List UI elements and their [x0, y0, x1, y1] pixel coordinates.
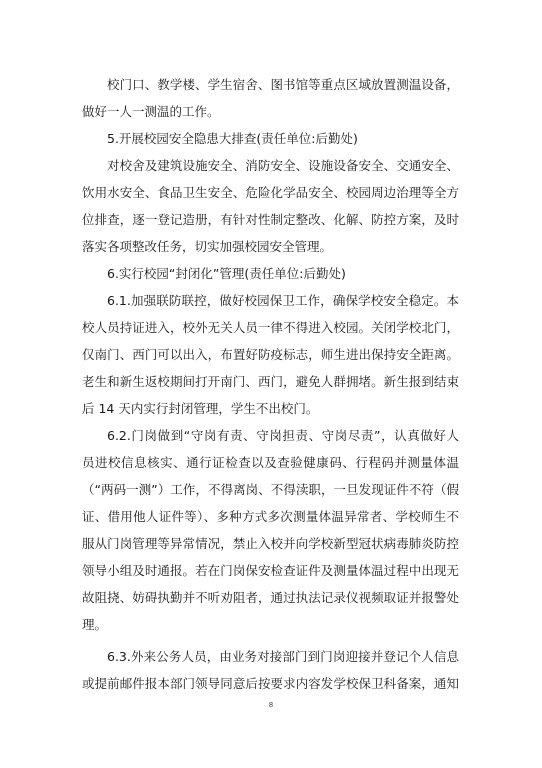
section-heading-6: 6.实行校园“封闭化”管理(责任单位:后勤处)	[107, 264, 459, 284]
paragraph-line: 老生和新生返校期间打开南门、西门，避免人群拥堵。新生报到结束	[82, 372, 459, 392]
paragraph-line: 理。	[82, 615, 459, 635]
page-number: 8	[262, 701, 280, 709]
paragraph-line: 后 14 天内实行封闭管理，学生不出校门。	[82, 399, 459, 419]
paragraph-line: 位排查，逐一登记造册，有针对性制定整改、化解、防控方案，及时	[82, 210, 459, 230]
paragraph-line: 领导小组及时通报。若在门岗保安检查证件及测量体温过程中出现无	[82, 561, 459, 581]
paragraph-line: 故阻挠、妨碍执勤并不听劝阻者，通过执法记录仪视频取证并报警处	[82, 588, 459, 608]
paragraph-line: 落实各项整改任务，切实加强校园安全管理。	[82, 237, 459, 257]
paragraph-line: 校门口、教学楼、学生宿舍、图书馆等重点区域放置测温设备，	[107, 75, 459, 95]
paragraph-line: 证、借用他人证件等）、多种方式多次测量体温异常者、学校师生不	[82, 507, 459, 527]
paragraph-line: 校人员持证进入，校外无关人员一律不得进入校园。关闭学校北门，	[82, 318, 459, 338]
document-page: 校门口、教学楼、学生宿舍、图书馆等重点区域放置测温设备， 做好一人一测温的工作。…	[0, 0, 542, 768]
section-heading-5: 5.开展校园安全隐患大排查(责任单位:后勤处)	[107, 129, 459, 149]
paragraph-line: （“两码一测”）工作，不得离岗、不得渎职，一旦发现证件不符（假	[82, 480, 459, 500]
paragraph-line: 做好一人一测温的工作。	[82, 102, 459, 122]
paragraph-line: 6.3.外来公务人员，由业务对接部门到门岗迎接并登记个人信息	[107, 647, 459, 667]
paragraph-line: 仅南门、西门可以出入，布置好防疫标志，师生进出保持安全距离。	[82, 345, 459, 365]
paragraph-line: 对校舍及建筑设施安全、消防安全、设施设备安全、交通安全、	[107, 156, 459, 176]
paragraph-line: 或提前邮件报本部门领导同意后按要求内容发学校保卫科备案，通知	[82, 674, 459, 694]
paragraph-line: 服从门岗管理等异常情况，禁止入校并向学校新型冠状病毒肺炎防控	[82, 534, 459, 554]
paragraph-line: 员进校信息核实、通行证检查以及查验健康码、行程码并测量体温	[82, 453, 459, 473]
paragraph-line: 6.1.加强联防联控，做好校园保卫工作，确保学校安全稳定。本	[107, 291, 459, 311]
paragraph-line: 饮用水安全、食品卫生安全、危险化学品安全、校园周边治理等全方	[82, 183, 459, 203]
paragraph-line: 6.2.门岗做到“守岗有责、守岗担责、守岗尽责”，认真做好人	[107, 426, 459, 446]
